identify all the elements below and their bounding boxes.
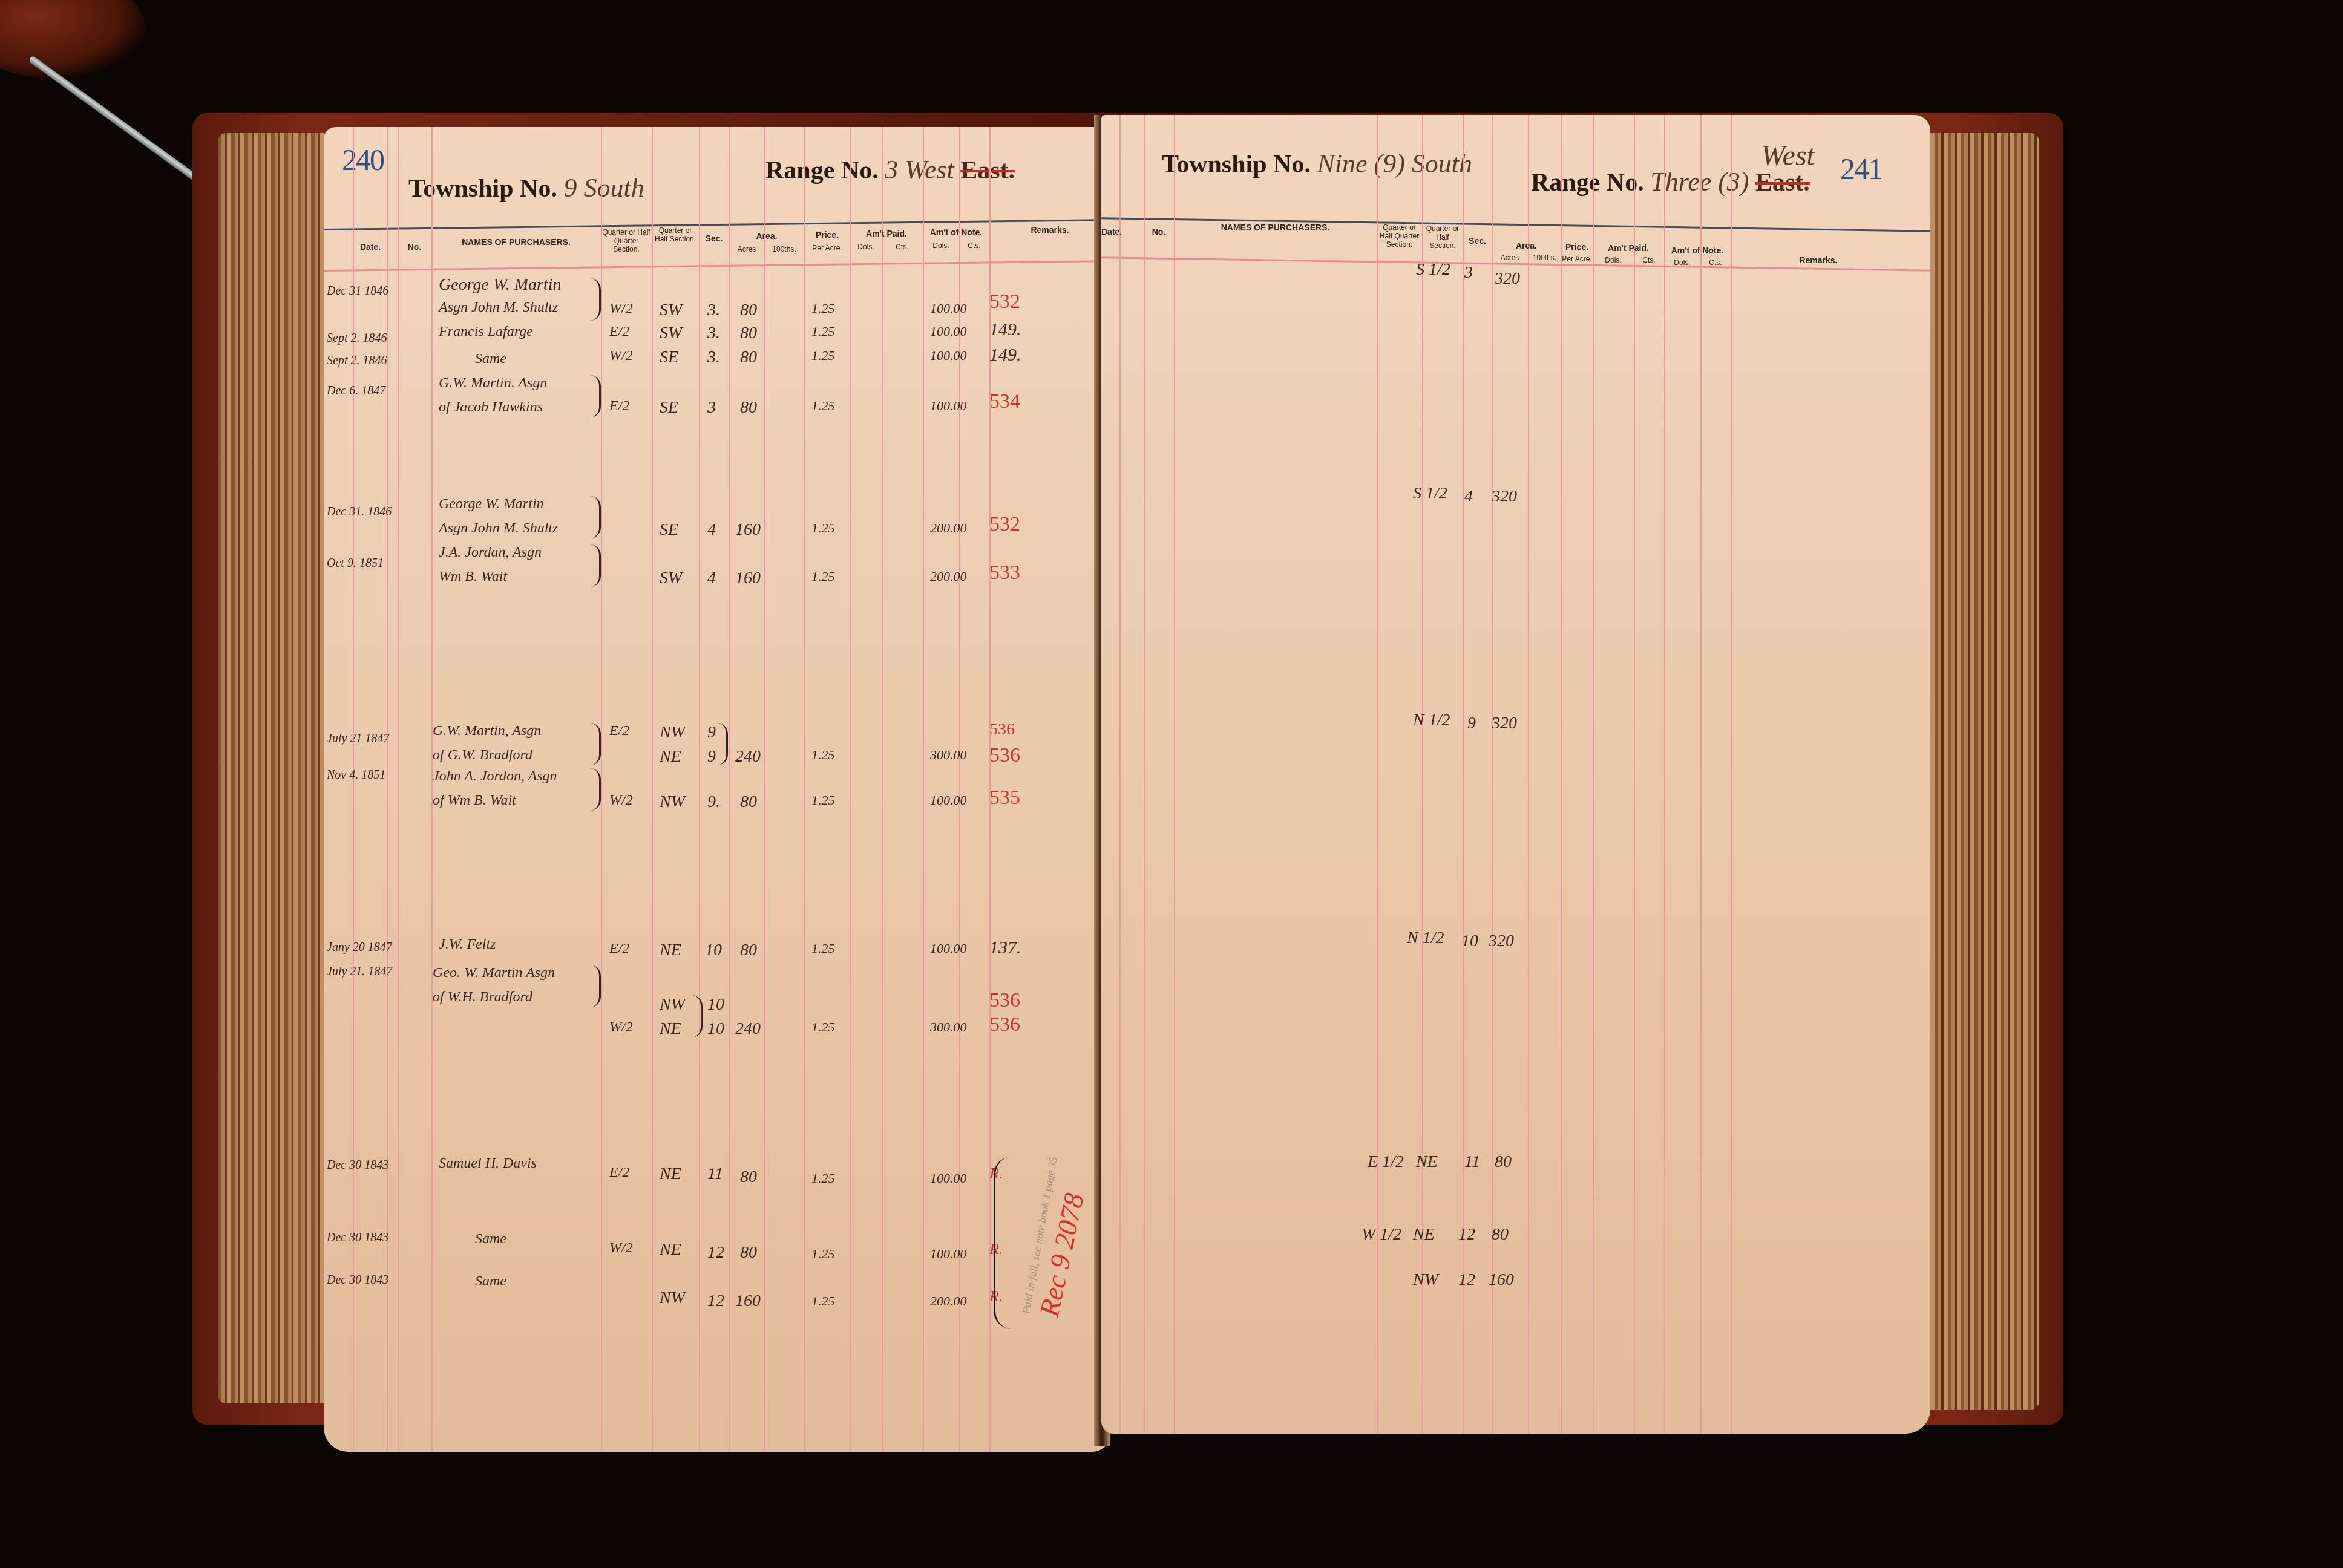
entry-name: G.W. Martin, Asgn <box>433 723 541 739</box>
left-page: 240 Township No. 9 South Range No. 3 Wes… <box>324 127 1110 1452</box>
entry-sec: 4 <box>707 569 716 588</box>
entry-name: J.A. Jordan, Asgn <box>439 544 542 561</box>
entry-note: 100.00 <box>930 348 967 364</box>
entry-acres: 320 <box>1495 269 1520 289</box>
page-number: 240 <box>342 142 384 177</box>
entry-note: 300.00 <box>930 747 967 763</box>
column-rule <box>1119 115 1121 1434</box>
entry-date: July 21. 1847 <box>327 965 392 979</box>
entry-acres: 320 <box>1492 714 1517 733</box>
range-struck: East. <box>1755 169 1810 197</box>
page-number: 241 <box>1840 151 1882 186</box>
entry-name: G.W. Martin. Asgn <box>439 375 547 391</box>
entry-qh: NE <box>1413 1225 1435 1244</box>
entry-qh: NE <box>660 941 681 960</box>
entry-qhq: W 1/2 <box>1362 1225 1401 1244</box>
entry-sec: 9. <box>707 792 720 812</box>
entry-price: 1.25 <box>811 520 835 536</box>
col-amt-paid-dols: Dols. <box>1593 256 1634 265</box>
col-amt-note: Am't of Note. <box>923 227 989 237</box>
entry-date: Dec 31 1846 <box>327 284 388 298</box>
entry-remark: 532 <box>989 513 1020 536</box>
entry-price: 1.25 <box>811 1293 835 1309</box>
entry-remark: 536 <box>989 1013 1020 1036</box>
entry-note: 100.00 <box>930 301 967 316</box>
entry-price: 1.25 <box>811 747 835 763</box>
entry-remark: 532 <box>989 290 1020 313</box>
col-area: Area. <box>1492 241 1561 250</box>
entry-sec: 9 <box>707 747 716 766</box>
entry-acres: 320 <box>1492 487 1517 506</box>
entry-qhq: E 1/2 <box>1368 1152 1404 1172</box>
col-names: NAMES OF PURCHASERS. <box>431 237 601 247</box>
entry-acres: 160 <box>735 520 761 540</box>
entry-sec: 10 <box>707 995 724 1014</box>
entry-name: Geo. W. Martin Asgn <box>433 965 555 981</box>
col-price-per-acre: Per Acre. <box>1561 255 1593 264</box>
entry-note: 200.00 <box>930 1293 967 1309</box>
entry-note: 200.00 <box>930 520 967 536</box>
brace <box>590 496 601 538</box>
entry-remark: 534 <box>989 390 1020 413</box>
entry-price: 1.25 <box>811 1246 835 1262</box>
entry-qhq: E/2 <box>609 723 629 739</box>
col-sec: Sec. <box>1463 236 1492 246</box>
col-price: Price. <box>1561 242 1593 252</box>
entry-qh: SE <box>660 520 678 540</box>
entry-remark: 149. <box>989 345 1021 365</box>
range-added: West <box>1761 139 1815 172</box>
entry-name: of Jacob Hawkins <box>439 399 543 416</box>
col-remarks: Remarks. <box>1731 255 1906 265</box>
entry-date: July 21 1847 <box>327 732 389 746</box>
township-value: Nine (9) South <box>1317 149 1472 178</box>
entry-date: Dec 31. 1846 <box>327 505 392 519</box>
entry-qh: SW <box>660 301 682 320</box>
entry-price: 1.25 <box>811 569 835 584</box>
entry-note: 100.00 <box>930 792 967 808</box>
col-amt-note-cts: Cts. <box>1700 259 1731 267</box>
entry-sec: 9 <box>1467 714 1476 733</box>
col-amt-note-cts: Cts. <box>959 242 989 250</box>
entry-price: 1.25 <box>811 1171 835 1186</box>
entry-qh: SE <box>660 348 678 367</box>
entry-price: 1.25 <box>811 941 835 956</box>
entry-sec: 12 <box>707 1243 724 1263</box>
col-qhq: Quarter or Half Quarter Section. <box>1377 224 1422 249</box>
col-amt-paid-cts: Cts. <box>882 243 923 252</box>
entry-qh: SE <box>660 398 678 417</box>
entry-qhq: E/2 <box>609 1165 629 1181</box>
entry-qh: NW <box>660 792 685 812</box>
entry-qhq: W/2 <box>609 1019 633 1036</box>
entry-price: 1.25 <box>811 348 835 364</box>
entry-acres: 80 <box>740 1168 757 1187</box>
column-rule <box>1664 115 1665 1434</box>
entry-qhq: W/2 <box>609 301 633 317</box>
entry-sec: 9 <box>707 723 716 742</box>
township-value: 9 South <box>563 173 644 203</box>
col-date: Date. <box>1101 227 1119 237</box>
entry-name: of W.H. Bradford <box>433 989 532 1005</box>
col-amt-paid: Am't Paid. <box>850 229 923 238</box>
col-remarks: Remarks. <box>989 225 1110 235</box>
entry-name: George W. Martin <box>439 275 561 295</box>
entry-name: of Wm B. Wait <box>433 792 516 809</box>
entry-qhq: W/2 <box>609 792 633 809</box>
col-qhq: Quarter or Half Quarter Section. <box>601 229 652 253</box>
entry-qh: NE <box>660 1019 681 1039</box>
column-rule <box>850 127 851 1452</box>
entry-qh: S 1/2 <box>1413 484 1447 503</box>
brace <box>590 375 601 417</box>
entry-acres: 80 <box>740 941 757 960</box>
entry-sec: 10 <box>1461 932 1478 951</box>
entry-price: 1.25 <box>811 324 835 339</box>
entry-name: George W. Martin <box>439 496 544 512</box>
column-rule <box>1174 115 1175 1434</box>
col-amt-paid-cts: Cts. <box>1634 256 1664 265</box>
entry-date: Dec 6. 1847 <box>327 384 385 398</box>
entry-qh: NE <box>660 1240 681 1259</box>
brace <box>692 995 703 1037</box>
entry-acres: 160 <box>735 1292 761 1311</box>
entry-date: Jany 20 1847 <box>327 941 392 955</box>
entry-acres: 80 <box>1495 1152 1512 1172</box>
entry-sec: 11 <box>707 1165 723 1184</box>
entry-name: Wm B. Wait <box>439 569 507 585</box>
entry-acres: 240 <box>735 747 761 766</box>
entry-qh: NW <box>1413 1270 1438 1290</box>
entry-note: 100.00 <box>930 398 967 414</box>
column-rule <box>764 127 765 1452</box>
col-date: Date. <box>354 242 387 252</box>
entry-acres: 80 <box>740 398 757 417</box>
column-rule <box>923 127 924 1452</box>
entry-price: 1.25 <box>811 398 835 414</box>
entry-sec: 12 <box>707 1292 724 1311</box>
entry-sec: 4 <box>1464 487 1473 506</box>
entry-name: Same <box>475 351 506 367</box>
col-amt-note-dols: Dols. <box>923 242 959 250</box>
entry-qhq: E/2 <box>609 941 629 957</box>
entry-qh: SW <box>660 569 682 588</box>
entry-date: Nov 4. 1851 <box>327 768 385 782</box>
entry-remark: 536 <box>989 989 1020 1012</box>
entry-note: 300.00 <box>930 1019 967 1035</box>
entry-acres: 160 <box>735 569 761 588</box>
entry-qh: N 1/2 <box>1413 711 1450 730</box>
col-area-acres: Acres <box>729 246 764 254</box>
entry-sec: 4 <box>707 520 716 540</box>
col-names: NAMES OF PURCHASERS. <box>1174 223 1377 232</box>
col-amt-note: Am't of Note. <box>1664 246 1731 255</box>
col-area-acres: Acres <box>1492 254 1528 263</box>
entry-sec: 3. <box>707 348 720 367</box>
col-area: Area. <box>729 231 804 241</box>
column-rule <box>387 127 388 1452</box>
brace <box>590 544 601 587</box>
entry-qh: S 1/2 <box>1416 260 1450 279</box>
entry-date: Sept 2. 1846 <box>327 354 387 368</box>
entry-remark: 535 <box>989 786 1020 809</box>
entry-date: Dec 30 1843 <box>327 1231 388 1245</box>
col-no: No. <box>1144 227 1174 237</box>
township-label: Township No. <box>1162 151 1311 178</box>
brace <box>590 278 601 321</box>
entry-qh: NE <box>1416 1152 1438 1172</box>
column-rule <box>699 127 700 1452</box>
entry-acres: 160 <box>1489 1270 1514 1290</box>
entry-name: Asgn John M. Shultz <box>439 520 558 537</box>
entry-remark: 536 <box>989 720 1015 739</box>
left-page-edges <box>218 133 333 1403</box>
col-amt-note-dols: Dols. <box>1664 259 1700 267</box>
entry-date: Oct 9. 1851 <box>327 557 384 570</box>
entry-price: 1.25 <box>811 1019 835 1035</box>
entry-acres: 80 <box>740 792 757 812</box>
entry-sec: 3 <box>1464 263 1473 283</box>
entry-qhq: W/2 <box>609 348 633 364</box>
entry-sec: 12 <box>1458 1225 1475 1244</box>
column-rule <box>804 127 805 1452</box>
township-label: Township No. <box>408 175 557 203</box>
entry-acres: 80 <box>740 1243 757 1263</box>
entry-name: Same <box>475 1273 506 1290</box>
column-rule <box>1731 115 1732 1434</box>
range-heading: Range No. 3 West East. <box>765 154 1015 185</box>
brace <box>590 768 601 811</box>
column-rule <box>601 127 602 1452</box>
entry-acres: 240 <box>735 1019 761 1039</box>
column-rule <box>1700 115 1702 1434</box>
entry-name: Francis Lafarge <box>439 324 533 340</box>
entry-note: 100.00 <box>930 1171 967 1186</box>
brace <box>590 965 601 1007</box>
brace <box>717 723 728 765</box>
township-heading: Township No. Nine (9) South <box>1162 148 1472 179</box>
entry-qhq: E/2 <box>609 324 629 340</box>
entry-acres: 80 <box>740 301 757 320</box>
entry-remark: 536 <box>989 744 1020 767</box>
range-label: Range No. <box>765 157 879 185</box>
right-page: 241 Township No. Nine (9) South Range No… <box>1101 115 1930 1434</box>
entry-name: Samuel H. Davis <box>439 1155 537 1172</box>
entry-note: 200.00 <box>930 569 967 584</box>
column-rule <box>1593 115 1594 1434</box>
entry-date: Dec 30 1843 <box>327 1273 388 1287</box>
entry-sec: 3. <box>707 324 720 343</box>
range-label: Range No. <box>1531 169 1644 197</box>
entry-qh: NE <box>660 1165 681 1184</box>
col-price: Price. <box>804 230 850 240</box>
entry-price: 1.25 <box>811 301 835 316</box>
entry-name: J.W. Feltz <box>439 936 496 953</box>
header-bottom-rule <box>324 260 1110 272</box>
column-rule <box>1528 115 1529 1434</box>
col-area-100ths: 100ths. <box>1528 254 1561 263</box>
entry-acres: 80 <box>740 324 757 343</box>
township-heading: Township No. 9 South <box>408 172 644 203</box>
column-rule <box>431 127 433 1452</box>
column-rule <box>882 127 883 1452</box>
entry-sec: 3. <box>707 301 720 320</box>
entry-date: Dec 30 1843 <box>327 1158 388 1172</box>
entry-sec: 11 <box>1464 1152 1480 1172</box>
entry-name: Asgn John M. Shultz <box>439 299 558 316</box>
entry-sec: 3 <box>707 398 716 417</box>
remark-brace <box>994 1157 1012 1329</box>
entry-qh: N 1/2 <box>1407 929 1444 948</box>
entry-acres: 80 <box>740 348 757 367</box>
entry-qh: NE <box>660 747 681 766</box>
entry-name: Same <box>475 1231 506 1247</box>
col-area-100ths: 100ths. <box>764 246 804 254</box>
entry-acres: 80 <box>1492 1225 1509 1244</box>
entry-sec: 10 <box>707 1019 724 1039</box>
entry-name: John A. Jordon, Asgn <box>433 768 557 785</box>
column-rule <box>1634 115 1635 1434</box>
entry-qh: SW <box>660 324 682 343</box>
entry-qh: NW <box>660 1289 685 1308</box>
col-amt-paid-dols: Dols. <box>850 243 882 252</box>
column-rule <box>652 127 653 1452</box>
column-rule <box>729 127 730 1452</box>
column-rule <box>1144 115 1145 1434</box>
entry-price: 1.25 <box>811 792 835 808</box>
column-rule <box>353 127 354 1452</box>
entry-note: 100.00 <box>930 1246 967 1262</box>
entry-qh: NW <box>660 995 685 1014</box>
entry-remark: 533 <box>989 561 1020 584</box>
entry-qhq: W/2 <box>609 1240 633 1256</box>
entry-acres: 320 <box>1489 932 1514 951</box>
entry-sec: 12 <box>1458 1270 1475 1290</box>
entry-date: Sept 2. 1846 <box>327 332 387 345</box>
entry-remark: 137. <box>989 938 1021 958</box>
right-page-edges <box>1930 133 2039 1410</box>
col-sec: Sec. <box>699 234 729 243</box>
entry-name: of G.W. Bradford <box>433 747 532 763</box>
entry-qhq: E/2 <box>609 398 629 414</box>
entry-qh: NW <box>660 723 685 742</box>
brace <box>590 723 601 765</box>
range-struck: East. <box>960 157 1015 185</box>
col-qh: Quarter or Half Section. <box>652 227 699 244</box>
entry-sec: 10 <box>705 941 722 960</box>
range-value: 3 West <box>885 155 954 185</box>
col-price-per-acre: Per Acre. <box>804 244 850 253</box>
hand <box>0 0 145 79</box>
column-rule <box>1561 115 1562 1434</box>
entry-note: 100.00 <box>930 941 967 956</box>
entry-remark: 149. <box>989 319 1021 340</box>
column-rule <box>398 127 399 1452</box>
col-amt-paid: Am't Paid. <box>1593 243 1664 253</box>
col-no: No. <box>398 242 431 252</box>
entry-note: 100.00 <box>930 324 967 339</box>
col-qh: Quarter or Half Section. <box>1422 225 1463 250</box>
